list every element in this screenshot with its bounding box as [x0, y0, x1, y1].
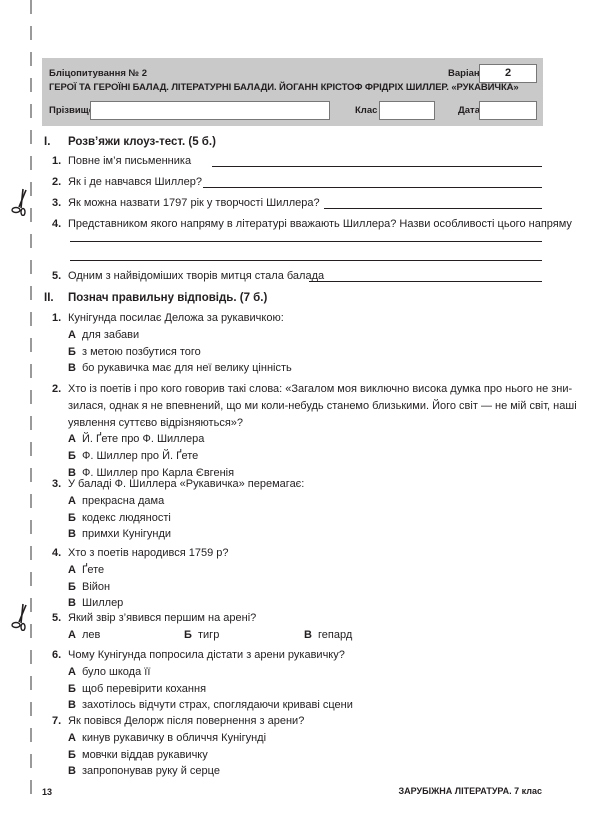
- answer-option[interactable]: Бтигр: [184, 629, 219, 641]
- class-label: Клас: [355, 105, 377, 116]
- item-number: 1.: [52, 155, 68, 167]
- section-2-title: Познач правильну відповідь. (7 б.): [68, 292, 267, 304]
- answer-option[interactable]: Впримхи Кунігунди: [68, 528, 171, 540]
- section-1-title: Розв’яжи клоуз-тест. (5 б.): [68, 136, 216, 148]
- question-number: 2.: [52, 383, 68, 395]
- option-text: кодекс людяності: [82, 512, 171, 524]
- option-text: примхи Кунігунди: [82, 528, 171, 540]
- answer-option[interactable]: Абуло шкода її: [68, 666, 150, 678]
- option-letter: А: [68, 732, 82, 744]
- question-line: Чому Кунігунда попросила дістати з арени…: [68, 649, 345, 661]
- option-letter: Б: [68, 581, 82, 593]
- option-text: для забави: [82, 329, 139, 341]
- question-text: 7.Як повівся Делорж після повернення з а…: [52, 715, 304, 727]
- option-text: Ф. Шиллер про Й. Ґете: [82, 450, 198, 462]
- cloze-item: 5.Одним з найвідоміших творів митця стал…: [52, 270, 324, 282]
- date-label: Дата: [458, 105, 480, 116]
- item-text: Представником якого напряму в літературі…: [68, 218, 572, 230]
- option-text: гепард: [318, 629, 352, 641]
- question-line: Кунігунда посилає Деложа за рукавичкою:: [68, 312, 284, 324]
- question-line: Як повівся Делорж після повернення з аре…: [68, 715, 304, 727]
- cloze-item: 3.Як можна назвати 1797 рік у творчості …: [52, 197, 320, 209]
- cloze-item: 1.Повне ім’я письменника: [52, 155, 191, 167]
- item-text: Як можна назвати 1797 рік у творчості Ши…: [68, 197, 320, 209]
- question-number: 7.: [52, 715, 68, 727]
- option-text: кинув рукавичку в обличчя Кунігунді: [82, 732, 266, 744]
- date-field[interactable]: [479, 101, 537, 120]
- option-letter: В: [68, 597, 82, 609]
- answer-option[interactable]: Бкодекс людяності: [68, 512, 171, 524]
- question-text: 3.У баладі Ф. Шиллера «Рукавичка» перема…: [52, 478, 304, 490]
- question-number: 6.: [52, 649, 68, 661]
- option-letter: Б: [68, 450, 82, 462]
- answer-line[interactable]: [70, 241, 542, 242]
- option-text: Ґете: [82, 564, 104, 576]
- answer-option[interactable]: ВШиллер: [68, 597, 123, 609]
- question-number: 3.: [52, 478, 68, 490]
- option-letter: Б: [68, 749, 82, 761]
- variant-field[interactable]: 2: [479, 64, 537, 83]
- answer-option[interactable]: Бщоб перевірити кохання: [68, 683, 206, 695]
- answer-option[interactable]: Алев: [68, 629, 100, 641]
- question-number: 4.: [52, 547, 68, 559]
- item-number: 4.: [52, 218, 68, 230]
- item-text: Як і де навчався Шиллер?: [68, 176, 202, 188]
- option-letter: Б: [68, 512, 82, 524]
- question-number: 5.: [52, 612, 68, 624]
- question-line: уявлення суттєво відрізняються»?: [68, 417, 243, 429]
- scissors-icon: [10, 603, 32, 631]
- question-text: 2.Хто із поетів і про кого говорив такі …: [52, 383, 572, 395]
- answer-option[interactable]: Взапропонував руку й серце: [68, 765, 220, 777]
- footer-subject: ЗАРУБІЖНА ЛІТЕРАТУРА. 7 клас: [399, 786, 542, 796]
- question-line: Хто з поетів народився 1759 р?: [68, 547, 228, 559]
- question-line: У баладі Ф. Шиллера «Рукавичка» перемага…: [68, 478, 304, 490]
- option-text: було шкода її: [82, 666, 150, 678]
- answer-option[interactable]: Бз метою позбутися того: [68, 346, 201, 358]
- answer-line[interactable]: [309, 281, 542, 282]
- quiz-topic: ГЕРОЇ ТА ГЕРОЇНІ БАЛАД. ЛІТЕРАТУРНІ БАЛА…: [49, 82, 519, 93]
- option-letter: В: [68, 528, 82, 540]
- answer-option[interactable]: АЙ. Ґете про Ф. Шиллера: [68, 433, 204, 445]
- quiz-title: Бліцопитування № 2: [49, 68, 147, 79]
- cut-line: [30, 0, 32, 800]
- answer-option[interactable]: Бмовчки віддав рукавичку: [68, 749, 208, 761]
- answer-line[interactable]: [212, 166, 542, 167]
- section-1-numeral: I.: [44, 136, 50, 148]
- page-number: 13: [42, 787, 52, 797]
- class-field[interactable]: [379, 101, 435, 120]
- option-letter: А: [68, 666, 82, 678]
- question-text: 6.Чому Кунігунда попросила дістати з аре…: [52, 649, 345, 661]
- option-text: бо рукавичка має для неї велику цінність: [82, 362, 292, 374]
- answer-line[interactable]: [203, 187, 542, 188]
- answer-line[interactable]: [70, 260, 542, 261]
- item-number: 2.: [52, 176, 68, 188]
- question-text: уявлення суттєво відрізняються»?: [68, 417, 243, 429]
- item-number: 3.: [52, 197, 68, 209]
- question-text: 1.Кунігунда посилає Деложа за рукавичкою…: [52, 312, 284, 324]
- answer-option[interactable]: БВійон: [68, 581, 110, 593]
- question-text: зилася, однак я не впевнений, що ми коли…: [68, 400, 577, 412]
- answer-option[interactable]: Взахотілось відчути страх, споглядаючи к…: [68, 699, 353, 711]
- option-letter: Б: [184, 629, 198, 641]
- option-text: захотілось відчути страх, споглядаючи кр…: [82, 699, 353, 711]
- cloze-item: 4.Представником якого напряму в літерату…: [52, 218, 572, 230]
- option-text: тигр: [198, 629, 219, 641]
- answer-option[interactable]: АҐете: [68, 564, 104, 576]
- option-letter: А: [68, 329, 82, 341]
- option-letter: В: [68, 699, 82, 711]
- section-2-numeral: II.: [44, 292, 54, 304]
- answer-option[interactable]: Акинув рукавичку в обличчя Кунігунді: [68, 732, 266, 744]
- question-line: зилася, однак я не впевнений, що ми коли…: [68, 400, 577, 412]
- option-letter: А: [68, 564, 82, 576]
- option-letter: В: [68, 362, 82, 374]
- answer-option[interactable]: Вбо рукавичка має для неї велику цінніст…: [68, 362, 292, 374]
- option-letter: В: [304, 629, 318, 641]
- cloze-item: 2.Як і де навчався Шиллер?: [52, 176, 202, 188]
- answer-line[interactable]: [324, 208, 542, 209]
- question-number: 1.: [52, 312, 68, 324]
- option-letter: Б: [68, 346, 82, 358]
- answer-option[interactable]: Вгепард: [304, 629, 352, 641]
- question-line: Який звір з’явився першим на арені?: [68, 612, 256, 624]
- option-letter: А: [68, 495, 82, 507]
- option-text: мовчки віддав рукавичку: [82, 749, 208, 761]
- option-text: запропонував руку й серце: [82, 765, 220, 777]
- scissors-icon: [10, 188, 32, 216]
- surname-label: Прізвище: [49, 105, 94, 116]
- option-text: Війон: [82, 581, 110, 593]
- answer-option[interactable]: БФ. Шиллер про Й. Ґете: [68, 450, 198, 462]
- option-letter: А: [68, 629, 82, 641]
- option-text: лев: [82, 629, 100, 641]
- question-text: 5.Який звір з’явився першим на арені?: [52, 612, 256, 624]
- option-letter: В: [68, 765, 82, 777]
- item-number: 5.: [52, 270, 68, 282]
- item-text: Одним з найвідоміших творів митця стала …: [68, 270, 324, 282]
- option-text: Шиллер: [82, 597, 123, 609]
- surname-field[interactable]: [90, 101, 330, 120]
- option-text: Й. Ґете про Ф. Шиллера: [82, 433, 204, 445]
- question-line: Хто із поетів і про кого говорив такі сл…: [68, 383, 572, 395]
- quiz-header: Бліцопитування № 2 ГЕРОЇ ТА ГЕРОЇНІ БАЛА…: [42, 58, 543, 126]
- answer-option[interactable]: Апрекрасна дама: [68, 495, 164, 507]
- option-text: з метою позбутися того: [82, 346, 201, 358]
- item-text: Повне ім’я письменника: [68, 155, 191, 167]
- question-text: 4.Хто з поетів народився 1759 р?: [52, 547, 228, 559]
- option-text: щоб перевірити кохання: [82, 683, 206, 695]
- answer-option[interactable]: Адля забави: [68, 329, 139, 341]
- option-letter: А: [68, 433, 82, 445]
- option-letter: Б: [68, 683, 82, 695]
- option-text: прекрасна дама: [82, 495, 164, 507]
